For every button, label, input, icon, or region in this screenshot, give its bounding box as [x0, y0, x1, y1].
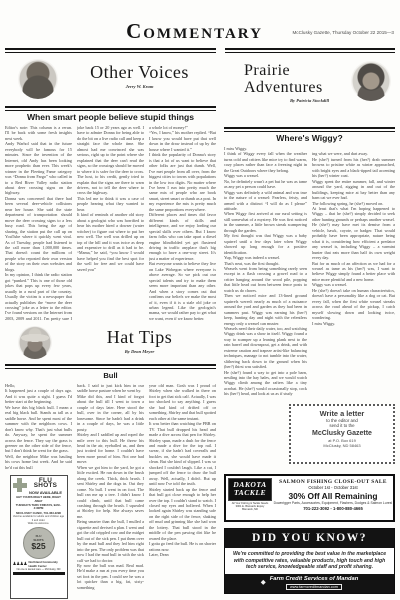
medical-cross-icon	[13, 478, 27, 492]
flu-shots-ad: FLU SHOTS NOW AVAILABLE GET YOURS RIGHT …	[10, 475, 68, 599]
other-voices-body: Editor's note: This column is a rerun. I…	[5, 125, 216, 322]
farm-credit-footer-text: Farm Credit Services of Mandan www.farmc…	[270, 576, 359, 590]
farm-credit-ad-footer: ◆ Farm Credit Services of Mandan www.far…	[225, 574, 394, 594]
dakota-address-line3: Bismarck, ND	[228, 508, 272, 511]
sale-headline: SALMON FISHING CLOSE-OUT SALE	[273, 479, 393, 485]
dakota-address: All Your Fishing & Tackle Needs 3001 E. …	[228, 502, 272, 512]
page-section-title: Commentary	[126, 20, 263, 42]
flu-ad-org-row: ♟♟♟♟ Northland Community Health Center	[13, 561, 65, 567]
prairie-adventures-column: Prairie Adventures By Patricia Stockdill…	[224, 56, 395, 470]
left-column: Other Voices Jerry W. Kram When smart pe…	[5, 56, 216, 599]
dakota-brand-line2: TACKLE	[229, 489, 271, 497]
masthead-rule-right	[225, 48, 395, 53]
page-body: Other Voices Jerry W. Kram When smart pe…	[5, 56, 395, 599]
family-silhouette-icon: ♟♟♟♟	[13, 562, 27, 567]
sale-dates: October 1st - October 31st	[273, 485, 393, 490]
divider-rule	[5, 364, 216, 369]
other-voices-byline: Jerry W. Kram	[63, 84, 216, 89]
hat-tips-col1: Hello, It happened just a couple of days…	[5, 383, 72, 599]
other-voices-header: Other Voices Jerry W. Kram	[5, 57, 216, 103]
other-voices-text-col1: Editor's note: This column is a rerun. I…	[5, 125, 72, 322]
masthead-rule-left	[5, 48, 216, 53]
flu-ad-header: FLU SHOTS NOW AVAILABLE	[13, 478, 65, 495]
prairie-header: Prairie Adventures By Patricia Stockdill	[224, 56, 395, 124]
divider-rule	[5, 106, 216, 111]
prairie-body: I miss Wiggy. I think of Wiggy every fal…	[224, 146, 395, 470]
patricia-stockdill-photo	[351, 61, 391, 101]
did-you-know-title: DID YOU KNOW?	[225, 529, 394, 548]
dakota-tackle-ad: DAKOTA TACKLE All Your Fishing & Tackle …	[224, 474, 395, 522]
masthead: Commentary McClusky Gazette, Thursday Oc…	[5, 0, 395, 48]
letter-to-editor-notice: Write a letter to the editor and send it…	[289, 404, 395, 464]
other-voices-titleblock: Other Voices Jerry W. Kram	[63, 57, 216, 89]
other-voices-text-col3: a whole lot of money!” “Yes, I know,” hi…	[149, 125, 216, 322]
letter-notice-gazette-name: McClusky Gazette	[291, 430, 393, 438]
flu-ad-note2: Walk-ins welcome.	[28, 522, 50, 525]
sale-items: Downrigger Parts, Accessories, Equipment…	[273, 501, 393, 505]
other-voices-headline: When smart people believe stupid things	[5, 113, 216, 123]
letter-notice-address2: McClusky, ND 58463	[291, 443, 393, 448]
jerry-kram-photo	[18, 59, 58, 99]
other-voices-column: Other Voices Jerry W. Kram When smart pe…	[5, 57, 216, 322]
sale-phone: 701-222-3092 - 1-800-880-4665	[273, 506, 393, 511]
dakota-tackle-logo: DAKOTA TACKLE	[228, 478, 272, 501]
sale-offer: 30% Off All Remaining	[273, 491, 393, 501]
dakota-sale-block: SALMON FISHING CLOSE-OUT SALE October 1s…	[273, 476, 393, 520]
flu-ad-footer-bar	[13, 572, 65, 575]
hat-tips-title: Hat Tips	[63, 325, 216, 347]
masthead-rules	[5, 48, 395, 53]
prairie-text-col2: ing what we were, and dart away. He (she…	[312, 151, 395, 399]
newspaper-page: Commentary McClusky Gazette, Thursday Oc…	[0, 0, 400, 600]
hat-tips-text-col1: Hello, It happened just a couple of days…	[5, 383, 72, 473]
hat-tips-header: Hat Tips By Dean Meyer	[5, 325, 216, 361]
right-column: Prairie Adventures By Patricia Stockdill…	[224, 56, 395, 599]
dakota-tackle-brand-block: DAKOTA TACKLE All Your Fishing & Tackle …	[226, 476, 273, 520]
flu-ad-org-name: Northland Community Health Center	[28, 561, 57, 567]
page-dateline: McClusky Gazette, Thursday October 22 20…	[292, 30, 394, 35]
farm-credit-url: www.farmcreditmandan.com	[286, 584, 342, 591]
farm-credit-ad-body: We're committed to providing the best va…	[225, 548, 394, 574]
flu-ad-headlines: FLU SHOTS NOW AVAILABLE	[27, 478, 65, 495]
farm-credit-ad: DID YOU KNOW? We're committed to providi…	[224, 528, 395, 594]
letter-notice-line3: send it to the	[291, 423, 393, 428]
farm-credit-name: Farm Credit Services of Mandan	[270, 576, 359, 582]
flu-ad-title: FLU SHOTS	[27, 478, 65, 489]
farm-credit-diamond-icon: ◆	[261, 580, 266, 587]
hat-tips-column: Hat Tips By Dean Meyer Bull Hello, It ha…	[5, 325, 216, 599]
flu-price: $25	[31, 542, 45, 551]
divider-rule	[224, 127, 395, 132]
hat-tips-byline: By Dean Meyer	[63, 349, 216, 354]
other-voices-title: Other Voices	[63, 57, 216, 82]
hat-tips-titleblock: Hat Tips By Dean Meyer	[63, 325, 216, 354]
hat-tips-headline: Bull	[5, 371, 216, 381]
hat-tips-body: Hello, It happened just a couple of days…	[5, 383, 216, 599]
prairie-headline: Where's Wiggy?	[224, 134, 395, 144]
flu-price-badge: FLU SHOTS $25	[23, 527, 55, 559]
letter-notice-line1: Write a letter	[291, 410, 393, 418]
dean-meyer-photo	[18, 326, 52, 359]
flu-ad-org-tagline: No one is denied care — McClusky, ND	[17, 568, 61, 571]
hat-tips-text-col2: back. I said to just kick him in our sad…	[77, 383, 144, 599]
other-voices-text-col2: joke back 15 or 20 years ago as well. I …	[77, 125, 144, 322]
hat-tips-text-col3: year old man. Gosh was I proud of Shirle…	[149, 383, 216, 599]
